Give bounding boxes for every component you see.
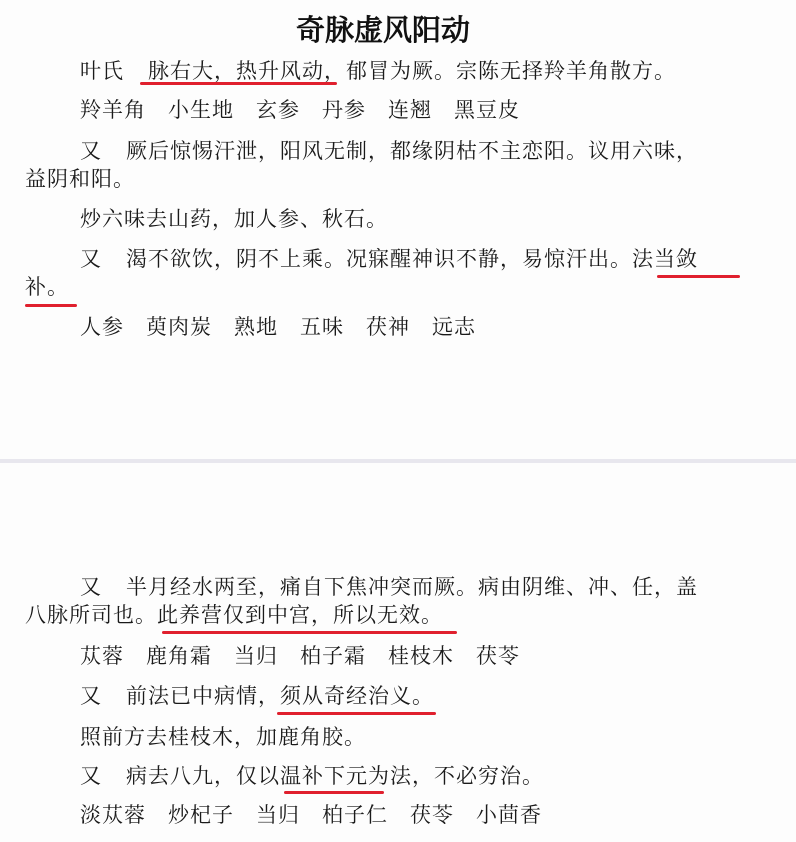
case-3-line-1: 又渴不欲饮，阴不上乘。况寐醒神识不静，易惊汗出。法当敛 <box>80 244 698 274</box>
red-underline <box>657 275 740 278</box>
case-5-highlight: 须从奇经治义。 <box>280 684 434 708</box>
case-4-text: 半月经水两至，痛自下焦冲突而厥。病由阴维、冲、任，盖 <box>126 575 698 599</box>
prescription-5: 照前方去桂枝木，加鹿角胶。 <box>80 722 366 752</box>
herb: 萸肉炭 <box>146 315 212 339</box>
herb-list-4: 苁蓉鹿角霜当归柏子霜桂枝木茯苓 <box>80 641 542 671</box>
case-3-line-2: 补。 <box>25 272 69 302</box>
herb: 羚羊角 <box>80 98 146 122</box>
red-underline <box>284 791 384 794</box>
herb-list-3: 人参萸肉炭熟地五味茯神远志 <box>80 312 498 342</box>
herb: 当归 <box>234 644 278 668</box>
case-1-prefix: 叶氏 <box>80 59 124 83</box>
herb: 小茴香 <box>476 803 542 827</box>
case-5-prefix: 又 <box>80 684 102 708</box>
case-5-text: 前法已中病情， <box>126 684 280 708</box>
prescription-2: 炒六味去山药，加人参、秋石。 <box>80 204 388 234</box>
case-5-line: 又前法已中病情，须从奇经治义。 <box>80 681 434 711</box>
case-6-head: 病去八九，仅以 <box>126 764 280 788</box>
case-6-tail: 为法，不必穷治。 <box>368 764 544 788</box>
case-2-line-2: 益阴和阳。 <box>25 164 135 194</box>
case-3-prefix: 又 <box>80 247 102 271</box>
herb: 桂枝木 <box>388 644 454 668</box>
herb: 小生地 <box>168 98 234 122</box>
page-title: 奇脉虚风阳动 <box>0 8 766 49</box>
case-3-highlight-2: 补 <box>25 275 47 299</box>
herb: 茯神 <box>366 315 410 339</box>
herb: 黑豆皮 <box>454 98 520 122</box>
case-4-head: 八脉所司也。 <box>25 603 157 627</box>
herb-list-1: 羚羊角小生地玄参丹参连翘黑豆皮 <box>80 95 542 125</box>
red-underline <box>25 304 77 307</box>
case-4-prefix: 又 <box>80 575 102 599</box>
case-4-line-1: 又半月经水两至，痛自下焦冲突而厥。病由阴维、冲、任，盖 <box>80 572 698 602</box>
herb: 丹参 <box>322 98 366 122</box>
herb: 苁蓉 <box>80 644 124 668</box>
case-6-prefix: 又 <box>80 764 102 788</box>
case-4-highlight: 此养营仅到中宫，所以无效。 <box>157 603 443 627</box>
herb: 远志 <box>432 315 476 339</box>
herb: 玄参 <box>256 98 300 122</box>
red-underline <box>277 712 436 715</box>
case-2-line-1: 又厥后惊惕汗泄，阳风无制，都缘阴枯不主恋阳。议用六味， <box>80 136 698 166</box>
case-6-highlight: 温补下元 <box>280 764 368 788</box>
case-2-text: 厥后惊惕汗泄，阳风无制，都缘阴枯不主恋阳。议用六味， <box>126 139 698 163</box>
red-underline <box>162 631 457 634</box>
herb: 炒杞子 <box>168 803 234 827</box>
herb: 茯苓 <box>410 803 454 827</box>
case-1-highlight: 脉右大，热升风动， <box>148 59 346 83</box>
herb: 柏子霜 <box>300 644 366 668</box>
herb: 鹿角霜 <box>146 644 212 668</box>
herb: 连翘 <box>388 98 432 122</box>
case-2-prefix: 又 <box>80 139 102 163</box>
case-1-rest: 郁冒为厥。宗陈无择羚羊角散方。 <box>346 59 676 83</box>
herb: 当归 <box>256 803 300 827</box>
herb: 五味 <box>300 315 344 339</box>
herb: 人参 <box>80 315 124 339</box>
case-3-highlight-1: 法当敛 <box>632 247 698 271</box>
herb: 淡苁蓉 <box>80 803 146 827</box>
herb: 柏子仁 <box>322 803 388 827</box>
herb-list-6: 淡苁蓉炒杞子当归柏子仁茯苓小茴香 <box>80 800 564 830</box>
case-4-line-2: 八脉所司也。此养营仅到中宫，所以无效。 <box>25 600 443 630</box>
case-3-text: 渴不欲饮，阴不上乘。况寐醒神识不静，易惊汗出。 <box>126 247 632 271</box>
page-1: 奇脉虚风阳动 叶氏脉右大，热升风动，郁冒为厥。宗陈无择羚羊角散方。 羚羊角小生地… <box>0 0 796 459</box>
herb: 茯苓 <box>476 644 520 668</box>
case-6-line: 又病去八九，仅以温补下元为法，不必穷治。 <box>80 761 544 791</box>
herb: 熟地 <box>234 315 278 339</box>
red-underline <box>140 82 337 85</box>
